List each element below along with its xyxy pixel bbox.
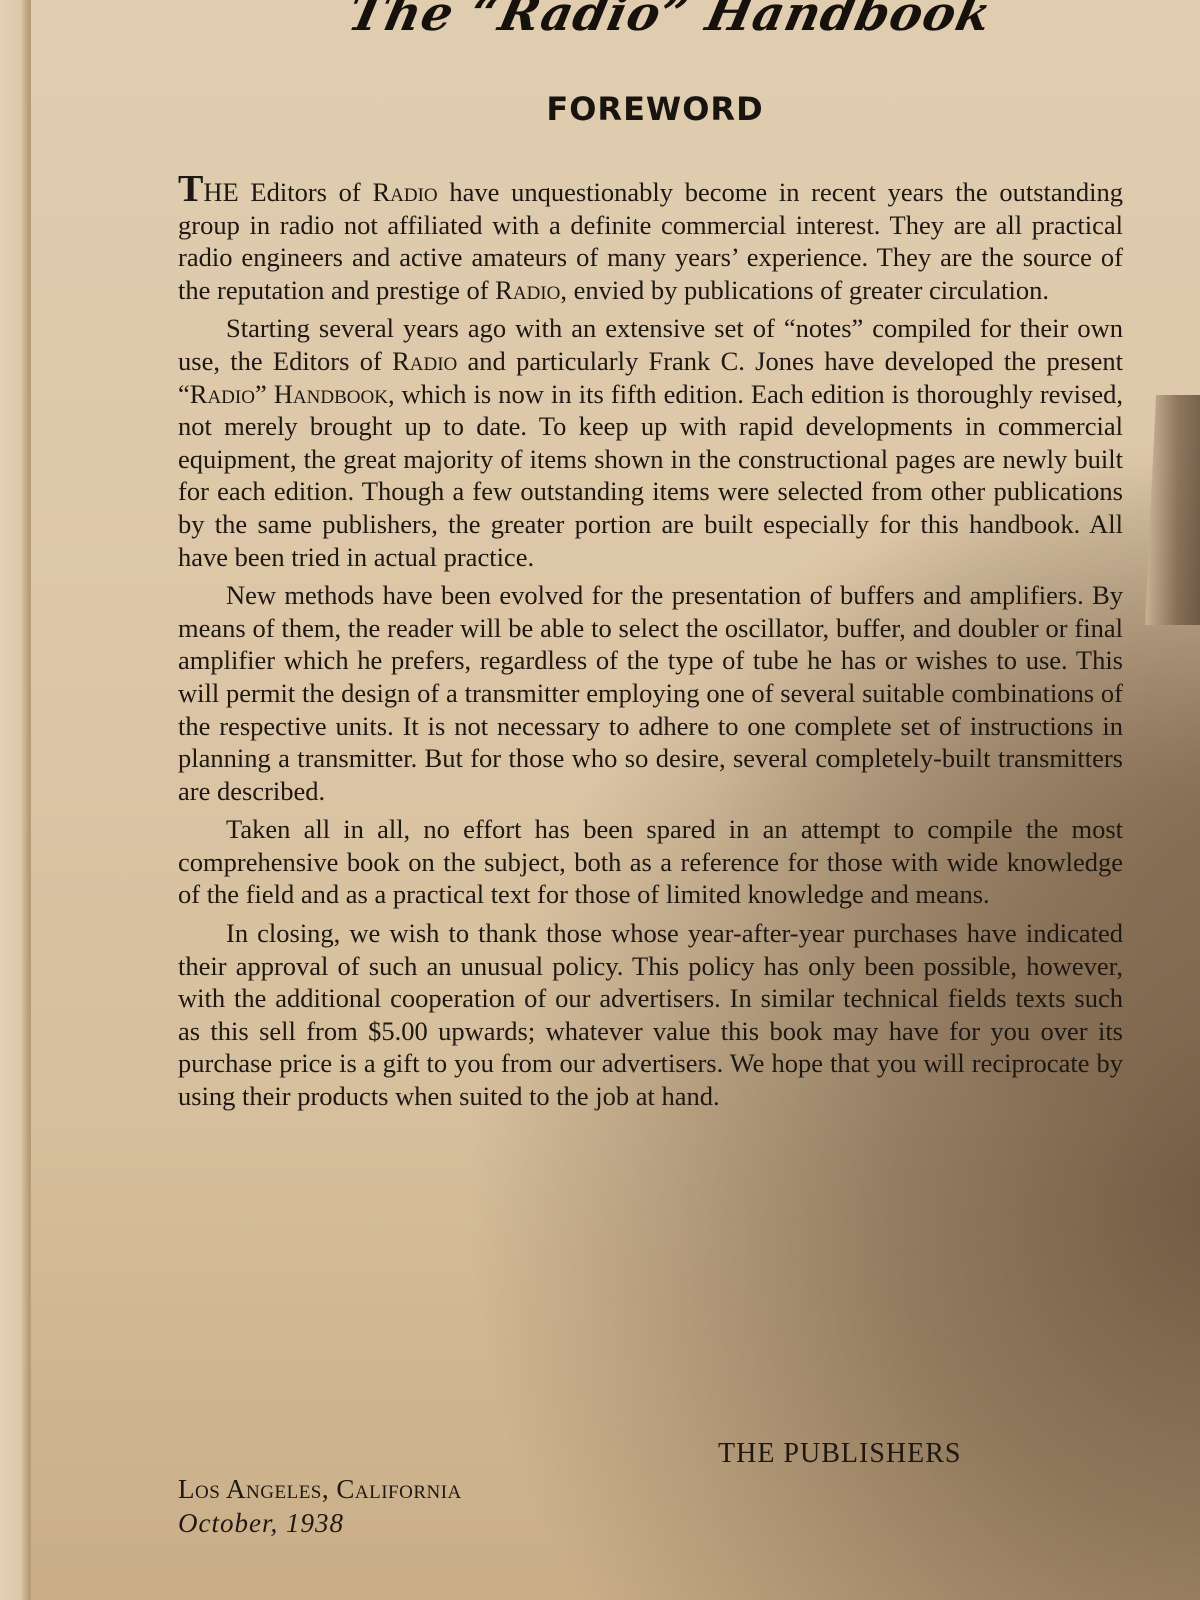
signature: THE PUBLISHERS — [718, 1438, 961, 1470]
paragraph-2: Starting several years ago with an exten… — [178, 312, 1123, 573]
foreword-heading: FOREWORD — [490, 90, 820, 128]
date-line: October, 1938 — [178, 1508, 344, 1539]
text-run: ” — [255, 379, 274, 409]
paragraph-3: New methods have been evolved for the pr… — [178, 579, 1123, 807]
paragraph-5: In closing, we wish to thank those whose… — [178, 917, 1123, 1113]
paragraph-4: Taken all in all, no effort has been spa… — [178, 813, 1123, 911]
book-title: The “Radio” Handbook — [334, 0, 1006, 42]
radio-magazine-name: Radio — [392, 346, 457, 376]
place-line: Los Angeles, California — [178, 1474, 462, 1505]
lead-in: HE — [203, 177, 238, 207]
drop-cap: T — [178, 168, 203, 210]
handbook-name: Handbook — [274, 379, 388, 409]
radio-magazine-name: Radio — [190, 379, 255, 409]
radio-magazine-name: Radio — [495, 275, 560, 305]
paragraph-1: THE Editors of Radio have unquestionably… — [178, 170, 1123, 306]
radio-magazine-name: Radio — [372, 177, 437, 207]
text-run: Editors of — [239, 177, 373, 207]
foreword-body: THE Editors of Radio have unquestionably… — [178, 170, 1123, 1119]
text-run: , envied by publications of greater cir­… — [560, 275, 1049, 305]
